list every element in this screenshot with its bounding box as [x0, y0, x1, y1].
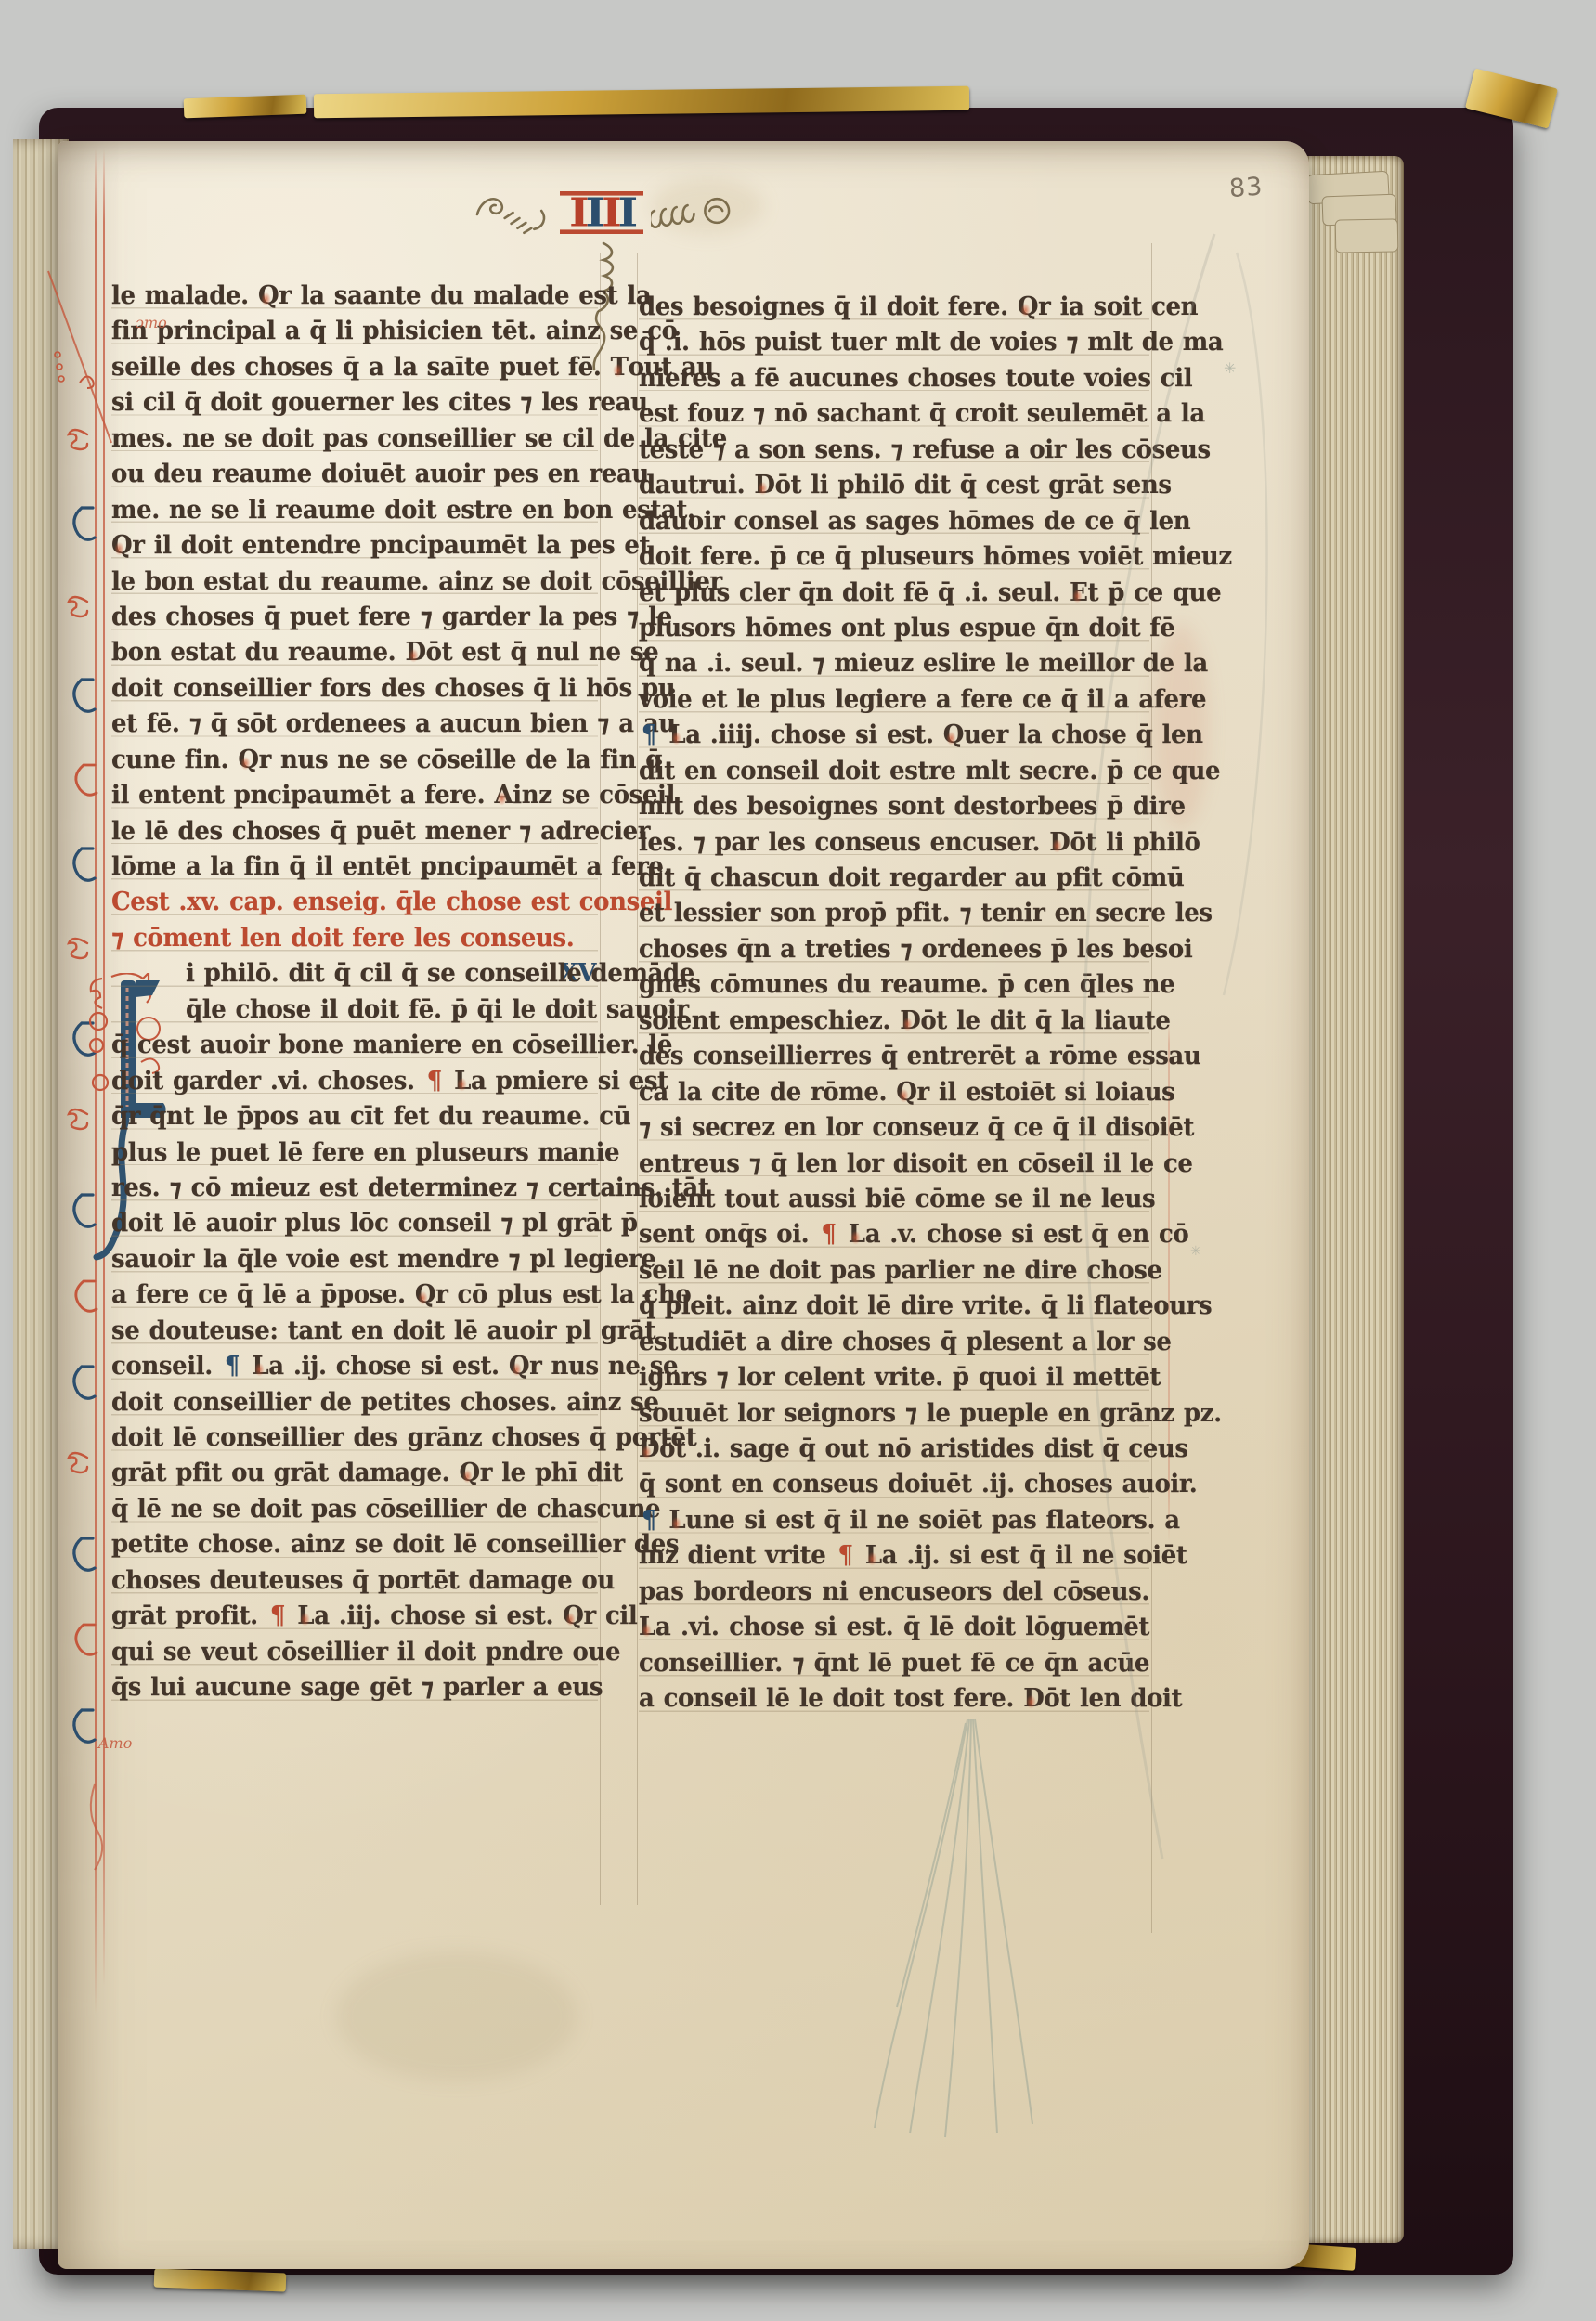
text-line: des choses q̄ puet fere ⁊ garder la pes … [111, 600, 598, 637]
text-line: estudiēt a dire choses q̄ plesent a lor … [639, 1325, 1149, 1362]
text-line: q̄s lui aucune sage gēt ⁊ parler a eus [111, 1670, 598, 1707]
text-line: loient tout aussi biē cōme se il ne leus [639, 1182, 1149, 1219]
parchment-page: IIII 83 [58, 141, 1309, 2269]
parchment-stain [336, 1951, 577, 2081]
text-line: grāt pfit ou grāt damage. Qr le phī dit [111, 1456, 598, 1493]
text-line: doit fere. p̄ ce q̄ pluseurs hōmes voiēt… [639, 539, 1149, 577]
text-line: est fouz ⁊ nō sachant q̄ croit seulemēt … [639, 396, 1149, 434]
text-line: q̄le chose il doit fē. p̄ q̄i le doit sa… [111, 992, 598, 1030]
svg-text:✳: ✳ [1224, 359, 1236, 377]
leaf-edge [1335, 218, 1399, 253]
text-line: conseil. ¶ La .ij. chose si est. Qr nus … [111, 1349, 598, 1386]
text-line: plus le puet lē fere en pluseurs manie [111, 1135, 598, 1173]
text-line: soient empeschiez. Dōt le dit q̄ la liau… [639, 1004, 1149, 1041]
ruling-line [110, 253, 110, 1914]
text-line: sent onq̄s oi. ¶ La .v. chose si est q̄ … [639, 1217, 1149, 1254]
text-line: si cil q̄ doit gouerner les cites ⁊ les … [111, 385, 598, 422]
text-line: le malade. Qr la saante du malade est la [111, 279, 598, 316]
text-line: les. ⁊ par les conseus encuser. Dōt li p… [639, 825, 1149, 862]
text-line: ¶ Lune si est q̄ il ne soiēt pas flateor… [639, 1503, 1149, 1540]
text-line: cune fin. Qr nus ne se cōseille de la fi… [111, 743, 598, 780]
text-line: inz dient vrite ¶ La .ij. si est q̄ il n… [639, 1538, 1149, 1575]
text-line: q̄ pleit. ainz doit lē dire vrite. q̄ li… [639, 1289, 1149, 1326]
text-line: q̄ cest auoir bone maniere en cōseillier… [111, 1028, 598, 1065]
text-line: mlt des besoignes sont destorbees p̄ dir… [639, 789, 1149, 826]
text-line: qui se veut cōseillier il doit pndre oue [111, 1635, 598, 1672]
manuscript-photo: IIII 83 [0, 0, 1596, 2321]
fore-edge-page-stack [1298, 156, 1404, 2243]
paraph-mark: ¶ [267, 1601, 288, 1630]
plummet-sketch-fan [856, 1710, 1097, 2156]
text-line: le lē des choses q̄ puēt mener ⁊ adrecie… [111, 814, 598, 851]
text-line: La .vi. chose si est. q̄ lē doit lōguemē… [639, 1610, 1149, 1647]
text-line: ou deu reaume doiuēt auoir pes en reau [111, 457, 598, 494]
text-line: q̄r q̄nt le p̄pos au cīt fet du reaume. … [111, 1099, 598, 1136]
text-line: se douteuse: tant en doit lē auoir pl gr… [111, 1314, 598, 1351]
text-line: petite chose. ainz se doit lē conseillie… [111, 1527, 598, 1564]
text-line: q̄ .i. hōs puist tuer mlt de voies ⁊ mlt… [639, 325, 1149, 362]
pen-flourish-right-icon [651, 187, 752, 239]
text-line: i philō. dit q̄ cil q̄ se conseille demā… [111, 956, 598, 993]
text-line: bon estat du reaume. Dōt est q̄ nul ne s… [111, 635, 598, 672]
text-line: res. ⁊ cō mieuz est determinez ⁊ certain… [111, 1171, 598, 1208]
text-line: seille des choses q̄ a la saīte puet fē.… [111, 350, 598, 387]
quire-signature-header: IIII [474, 182, 752, 243]
text-line: doit lē conseillier des grānz choses q̄ … [111, 1420, 598, 1458]
text-line: voie et le plus legiere a fere ce q̄ il … [639, 682, 1149, 720]
text-line: pas bordeors ni encuseors del cōseus. [639, 1575, 1149, 1612]
text-line: souuēt lor seignors ⁊ le pueple en grānz… [639, 1396, 1149, 1433]
text-line: Dōt .i. sage q̄ out nō aristides dist q̄… [639, 1432, 1149, 1469]
text-line: des besoignes q̄ il doit fere. Qr ia soi… [639, 290, 1149, 327]
folio-number: 83 [1228, 171, 1286, 203]
text-line: et fē. ⁊ q̄ sōt ordenees a aucun bien ⁊ … [111, 707, 598, 744]
paraph-mark: ¶ [818, 1220, 838, 1249]
text-line: il entent pncipaumēt a fere. Ainz se cōs… [111, 778, 598, 815]
text-line: doit conseillier de petites choses. ainz… [111, 1385, 598, 1422]
text-line: doit conseillier fors des choses q̄ li h… [111, 671, 598, 708]
text-line: q̄ na .i. seul. ⁊ mieuz eslire le meillo… [639, 646, 1149, 683]
text-line: a conseil lē le doit tost fere. Dōt len … [639, 1681, 1149, 1718]
text-line: mes. ne se doit pas conseillier se cil d… [111, 421, 598, 459]
rubric-line: ⁊ cōment len doit fere les conseus.XV [111, 921, 598, 958]
text-line: sauoir la q̄le voie est mendre ⁊ pl legi… [111, 1242, 598, 1279]
paraph-mark: ¶ [424, 1067, 445, 1096]
text-line: seil lē ne doit pas parlier ne dire chos… [639, 1253, 1149, 1290]
text-line: choses deuteuses q̄ portēt damage ou [111, 1563, 598, 1601]
text-line: et lessier son prop̄ pfit. ⁊ tenir en se… [639, 896, 1149, 933]
text-line: le bon estat du reaume. ainz se doit cōs… [111, 564, 598, 602]
text-line: q̄ lē ne se doit pas cōseillier de chasc… [111, 1492, 598, 1529]
text-line: a fere ce q̄ lē a p̄pose. Qr cō plus est… [111, 1277, 598, 1315]
text-line: ca la cite de rōme. Qr il estoiēt si loi… [639, 1075, 1149, 1112]
pen-trial-note-top: ɔmo [136, 314, 167, 331]
paraph-mark: ¶ [222, 1352, 242, 1381]
quire-numeral: IIII [560, 191, 643, 234]
text-line: lōme a la fin q̄ il entēt pncipaumēt a f… [111, 849, 598, 887]
paraph-mark: ¶ [639, 1506, 659, 1535]
text-line: dit q̄ chascun doit regarder au pfit cōm… [639, 861, 1149, 898]
text-line: nieres a fē aucunes choses toute voies c… [639, 361, 1149, 398]
text-line: doit lē auoir plus lōc conseil ⁊ pl grāt… [111, 1206, 598, 1243]
text-line: conseillier. ⁊ q̄nt lē puet fē ce q̄n ac… [639, 1646, 1149, 1683]
text-line: q̄ sont en conseus doiuēt .ij. choses au… [639, 1467, 1149, 1504]
text-line: fin principal a q̄ li phisicien tēt. ain… [111, 314, 598, 351]
text-line: dautrui. Dōt li philō dit q̄ cest grāt s… [639, 468, 1149, 505]
pen-flourish-left-icon [474, 187, 552, 239]
text-line: ⁊ si secrez en lor conseuz q̄ ce q̄ il d… [639, 1110, 1149, 1148]
text-line: gnes cōmunes du reaume. p̄ cen q̄les ne [639, 967, 1149, 1005]
text-line: dauoir consel as sages hōmes de ce q̄ le… [639, 504, 1149, 541]
text-line: grāt profit. ¶ La .iij. chose si est. Qr… [111, 1599, 598, 1636]
text-line: ignrs ⁊ lor celent vrite. p̄ quoi il met… [639, 1360, 1149, 1397]
svg-text:✳: ✳ [1190, 1244, 1201, 1259]
pen-trial-note-bottom: Amo [98, 1734, 132, 1752]
margin-ruling-red [103, 149, 105, 1987]
gilt-edge-bottom-left [154, 2269, 287, 2292]
text-line: me. ne se li reaume doit estre en bon es… [111, 493, 598, 530]
text-column-left: le malade. Qr la saante du malade est la… [111, 279, 598, 1708]
text-line: teste ⁊ a son sens. ⁊ refuse a oir les c… [639, 433, 1149, 470]
paraph-mark: ¶ [639, 720, 659, 749]
text-line: entreus ⁊ q̄ len lor disoit en cōseil il… [639, 1147, 1149, 1184]
text-column-right: des besoignes q̄ il doit fere. Qr ia soi… [639, 290, 1149, 1719]
rubric-line: Cest .xv. cap. enseig. q̄le chose est co… [111, 885, 598, 922]
text-line: Qr il doit entendre pncipaumēt la pes et [111, 528, 598, 565]
margin-ruling-red [95, 149, 97, 2015]
text-line: doit garder .vi. choses. ¶ La pmiere si … [111, 1064, 598, 1101]
paraph-mark: ¶ [836, 1541, 856, 1570]
text-line: et plus cler q̄n doit fē q̄ .i. seul. Et… [639, 576, 1149, 613]
text-line: choses q̄n a treties ⁊ ordenees p̄ les b… [639, 932, 1149, 969]
text-line: dit en conseil doit estre mlt secre. p̄ … [639, 754, 1149, 791]
text-line: plusors hōmes ont plus espue q̄n doit fē [639, 611, 1149, 648]
text-line: ¶ La .iiij. chose si est. Quer la chose … [639, 718, 1149, 755]
text-line: des conseillierres q̄ entrerēt a rōme es… [639, 1039, 1149, 1076]
